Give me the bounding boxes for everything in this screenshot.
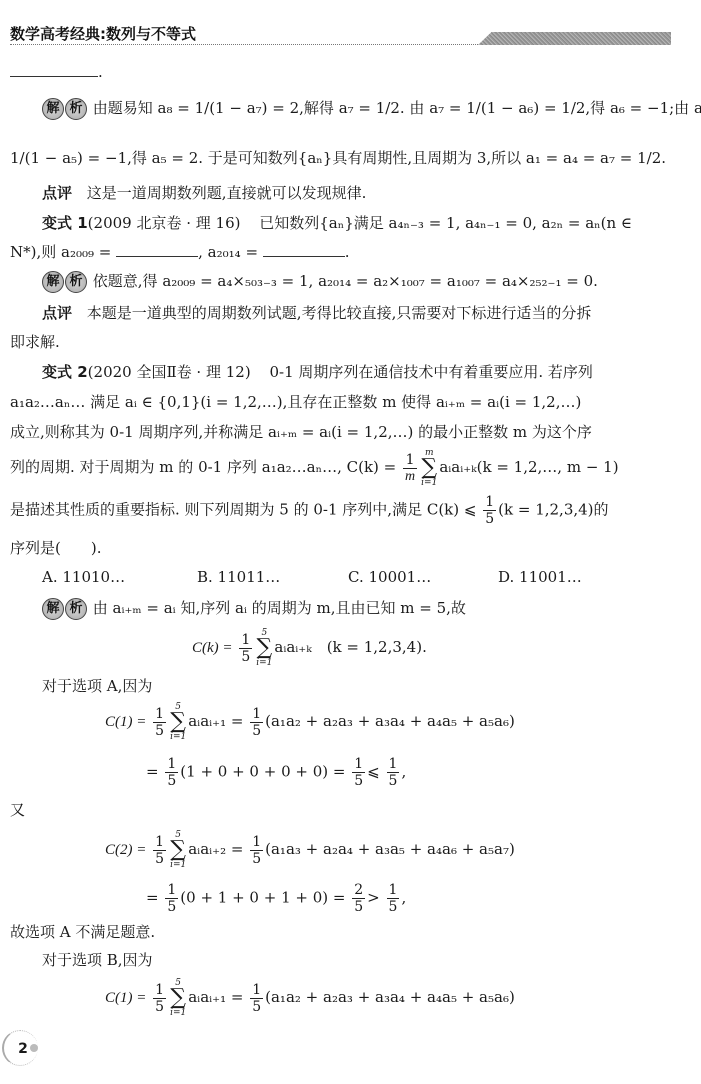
fraction-1-over-5: 15	[153, 706, 166, 739]
fraction-1-over-5: 15	[483, 494, 496, 527]
fraction-1-over-5: 15	[165, 756, 178, 789]
running-header-title: 数学高考经典:数列与不等式	[10, 23, 196, 44]
summation: m∑i=1	[421, 448, 437, 488]
option-a-intro: 对于选项 A,因为	[42, 676, 152, 696]
fraction-1-over-5: 15	[250, 706, 263, 739]
header-divider	[10, 44, 480, 46]
variant-2-line-1: 变式 2(2020 全国Ⅱ卷 · 理 12) 0-1 周期序列在通信技术中有着重…	[42, 362, 593, 382]
formula-c1-option-b: C(1) = 155∑i=1aᵢaᵢ₊₁ = 15(a₁a₂ + a₂a₃ + …	[105, 978, 515, 1018]
variant-1-mid: , a₂₀₁₄ =	[198, 243, 258, 261]
formula-c2-option-a-eval: = 15(0 + 1 + 0 + 1 + 0) = 25> 15,	[146, 882, 406, 915]
solution-badge-jie: 解	[42, 271, 64, 293]
formula-rhs: (a₁a₂ + a₂a₃ + a₃a₄ + a₄a₅ + a₅a₆)	[265, 988, 515, 1006]
header-decorative-band	[478, 32, 671, 45]
solution-3-intro: 解析 由 aᵢ₊ₘ = aᵢ 知,序列 aᵢ 的周期为 m,且由已知 m = 5…	[42, 598, 466, 620]
equals: =	[146, 889, 159, 907]
solution-1-line-2: 1/(1 − a₅) = −1,得 a₅ = 2. 于是可知数列{aₙ}具有周期…	[10, 148, 666, 168]
option-c: C. 10001…	[348, 567, 431, 587]
fraction-1-over-5: 15	[250, 834, 263, 867]
fraction-1-over-5: 15	[239, 632, 252, 665]
option-b: B. 11011…	[197, 567, 280, 587]
solution-badge-jie: 解	[42, 598, 64, 620]
formula-rhs: (a₁a₃ + a₂a₄ + a₃a₅ + a₄a₆ + a₅a₇)	[265, 840, 515, 858]
leq-sign: ⩽	[367, 763, 380, 781]
answer-blank	[10, 62, 98, 77]
answer-blank-a2009	[116, 242, 198, 257]
solution-1-line-1: 解析 由题易知 a₈ = 1/(1 − a₇) = 2,解得 a₇ = 1/2.…	[42, 98, 701, 120]
comment-2-line-2: 即求解.	[10, 332, 60, 352]
solution-badge-xi: 析	[65, 271, 87, 293]
option-a-conclusion: 故选项 A 不满足题意.	[10, 922, 155, 942]
formula-ck: C(k) = 155∑i=1aᵢaᵢ₊ₖ (k = 1,2,3,4).	[192, 628, 427, 668]
option-b-intro: 对于选项 B,因为	[42, 950, 153, 970]
period: .	[98, 63, 103, 81]
variant-2-line-2: a₁a₂…aₙ… 满足 aᵢ ∈ {0,1}(i = 1,2,…),且存在正整数…	[10, 392, 581, 412]
comment-2-text: 本题是一道典型的周期数列试题,考得比较直接,只需要对下标进行适当的分拆	[87, 304, 592, 322]
formula-mid: aᵢaᵢ₊₂ =	[188, 840, 243, 858]
answer-blank-a2014	[263, 242, 345, 257]
formula-c1-option-a-eval: = 15(1 + 0 + 0 + 0 + 0) = 15⩽ 15,	[146, 756, 406, 789]
formula-lhs: C(1) =	[105, 714, 146, 730]
summation: 5∑i=1	[170, 978, 186, 1018]
variant-1-line-1: 变式 1(2009 北京卷 · 理 16) 已知数列{aₙ}满足 a₄ₙ₋₃ =…	[42, 213, 632, 233]
formula-mid: aᵢaᵢ₊₁ =	[188, 712, 243, 730]
answer-blank-tail: .	[10, 62, 103, 82]
summation: 5∑i=1	[256, 628, 272, 668]
formula-lhs: C(1) =	[105, 990, 146, 1006]
solution-badge-jie: 解	[42, 98, 64, 120]
variant-1-line-2: N*),则 a₂₀₀₉ = , a₂₀₁₄ = .	[10, 242, 350, 262]
formula-c1-option-a: C(1) = 155∑i=1aᵢaᵢ₊₁ = 15(a₁a₂ + a₂a₃ + …	[105, 702, 515, 742]
variant-2-line-6: 序列是( ).	[10, 538, 101, 558]
variant-1-prefix: N*),则 a₂₀₀₉ =	[10, 243, 111, 261]
variant-1-text: 已知数列{aₙ}满足 a₄ₙ₋₃ = 1, a₄ₙ₋₁ = 0, a₂ₙ = a…	[259, 214, 632, 232]
comment-1-text: 这是一道周期数列题,直接就可以发现规律.	[87, 184, 367, 202]
formula-lhs: C(k) =	[192, 640, 233, 656]
variant-2-source: (2020 全国Ⅱ卷 · 理 12)	[88, 363, 251, 381]
fraction-2-over-5: 25	[352, 882, 365, 915]
variant-1-source: (2009 北京卷 · 理 16)	[88, 214, 241, 232]
equals: =	[146, 763, 159, 781]
fraction-1-over-m: 1m	[403, 452, 417, 485]
gt-sign: >	[367, 889, 380, 907]
formula-eval: (0 + 1 + 0 + 1 + 0) =	[180, 889, 345, 907]
solution-badge-xi: 析	[65, 98, 87, 120]
variant-2-text-1: 0-1 周期序列在通信技术中有着重要应用. 若序列	[269, 363, 592, 381]
formula-rhs: (a₁a₂ + a₂a₃ + a₃a₄ + a₄a₅ + a₅a₆)	[265, 712, 515, 730]
variant-2-text-4b: aᵢaᵢ₊ₖ(k = 1,2,…, m − 1)	[439, 458, 618, 476]
comment-2-line-1: 点评 本题是一道典型的周期数列试题,考得比较直接,只需要对下标进行适当的分拆	[42, 303, 591, 323]
solution-2: 解析 依题意,得 a₂₀₀₉ = a₄×₅₀₃₋₃ = 1, a₂₀₁₄ = a…	[42, 271, 598, 293]
summation: 5∑i=1	[170, 830, 186, 870]
formula-rhs: aᵢaᵢ₊ₖ (k = 1,2,3,4).	[274, 638, 426, 656]
solution-3-intro-text: 由 aᵢ₊ₘ = aᵢ 知,序列 aᵢ 的周期为 m,且由已知 m = 5,故	[93, 599, 466, 617]
formula-mid: aᵢaᵢ₊₁ =	[188, 988, 243, 1006]
formula-eval: (1 + 0 + 0 + 0 + 0) =	[180, 763, 345, 781]
variant-2-text-5a: 是描述其性质的重要指标. 则下列周期为 5 的 0-1 序列中,满足 C(k) …	[10, 501, 476, 519]
option-a: A. 11010…	[42, 567, 125, 587]
variant-2-line-3: 成立,则称其为 0-1 周期序列,并称满足 aᵢ₊ₘ = aᵢ(i = 1,2,…	[10, 422, 592, 442]
formula-c2-option-a: C(2) = 155∑i=1aᵢaᵢ₊₂ = 15(a₁a₃ + a₂a₄ + …	[105, 830, 515, 870]
fraction-1-over-5: 15	[165, 882, 178, 915]
summation: 5∑i=1	[170, 702, 186, 742]
variant-2-text-4a: 列的周期. 对于周期为 m 的 0-1 序列 a₁a₂…aₙ…, C(k) =	[10, 458, 396, 476]
solution-1-text-1: 由题易知 a₈ = 1/(1 − a₇) = 2,解得 a₇ = 1/2. 由 …	[93, 99, 701, 117]
again-label: 又	[10, 800, 25, 820]
variant-2-line-5: 是描述其性质的重要指标. 则下列周期为 5 的 0-1 序列中,满足 C(k) …	[10, 494, 609, 527]
variant-2-text-5b: (k = 1,2,3,4)的	[498, 501, 608, 519]
fraction-1-over-5: 15	[153, 834, 166, 867]
period: .	[345, 243, 350, 261]
variant-2-label: 变式 2	[42, 363, 88, 381]
formula-lhs: C(2) =	[105, 842, 146, 858]
fraction-1-over-5: 15	[387, 756, 400, 789]
comment-label: 点评	[42, 304, 72, 322]
fraction-1-over-5: 15	[250, 982, 263, 1015]
variant-1-label: 变式 1	[42, 214, 88, 232]
fraction-1-over-5: 15	[352, 756, 365, 789]
fraction-1-over-5: 15	[387, 882, 400, 915]
solution-2-text: 依题意,得 a₂₀₀₉ = a₄×₅₀₃₋₃ = 1, a₂₀₁₄ = a₂×₁…	[93, 272, 598, 290]
solution-badge-xi: 析	[65, 598, 87, 620]
option-d: D. 11001…	[498, 567, 582, 587]
comment-1: 点评 这是一道周期数列题,直接就可以发现规律.	[42, 183, 366, 203]
variant-2-line-4: 列的周期. 对于周期为 m 的 0-1 序列 a₁a₂…aₙ…, C(k) = …	[10, 448, 619, 488]
fraction-1-over-5: 15	[153, 982, 166, 1015]
comment-label: 点评	[42, 184, 72, 202]
page-number-decoration-icon	[30, 1044, 38, 1052]
